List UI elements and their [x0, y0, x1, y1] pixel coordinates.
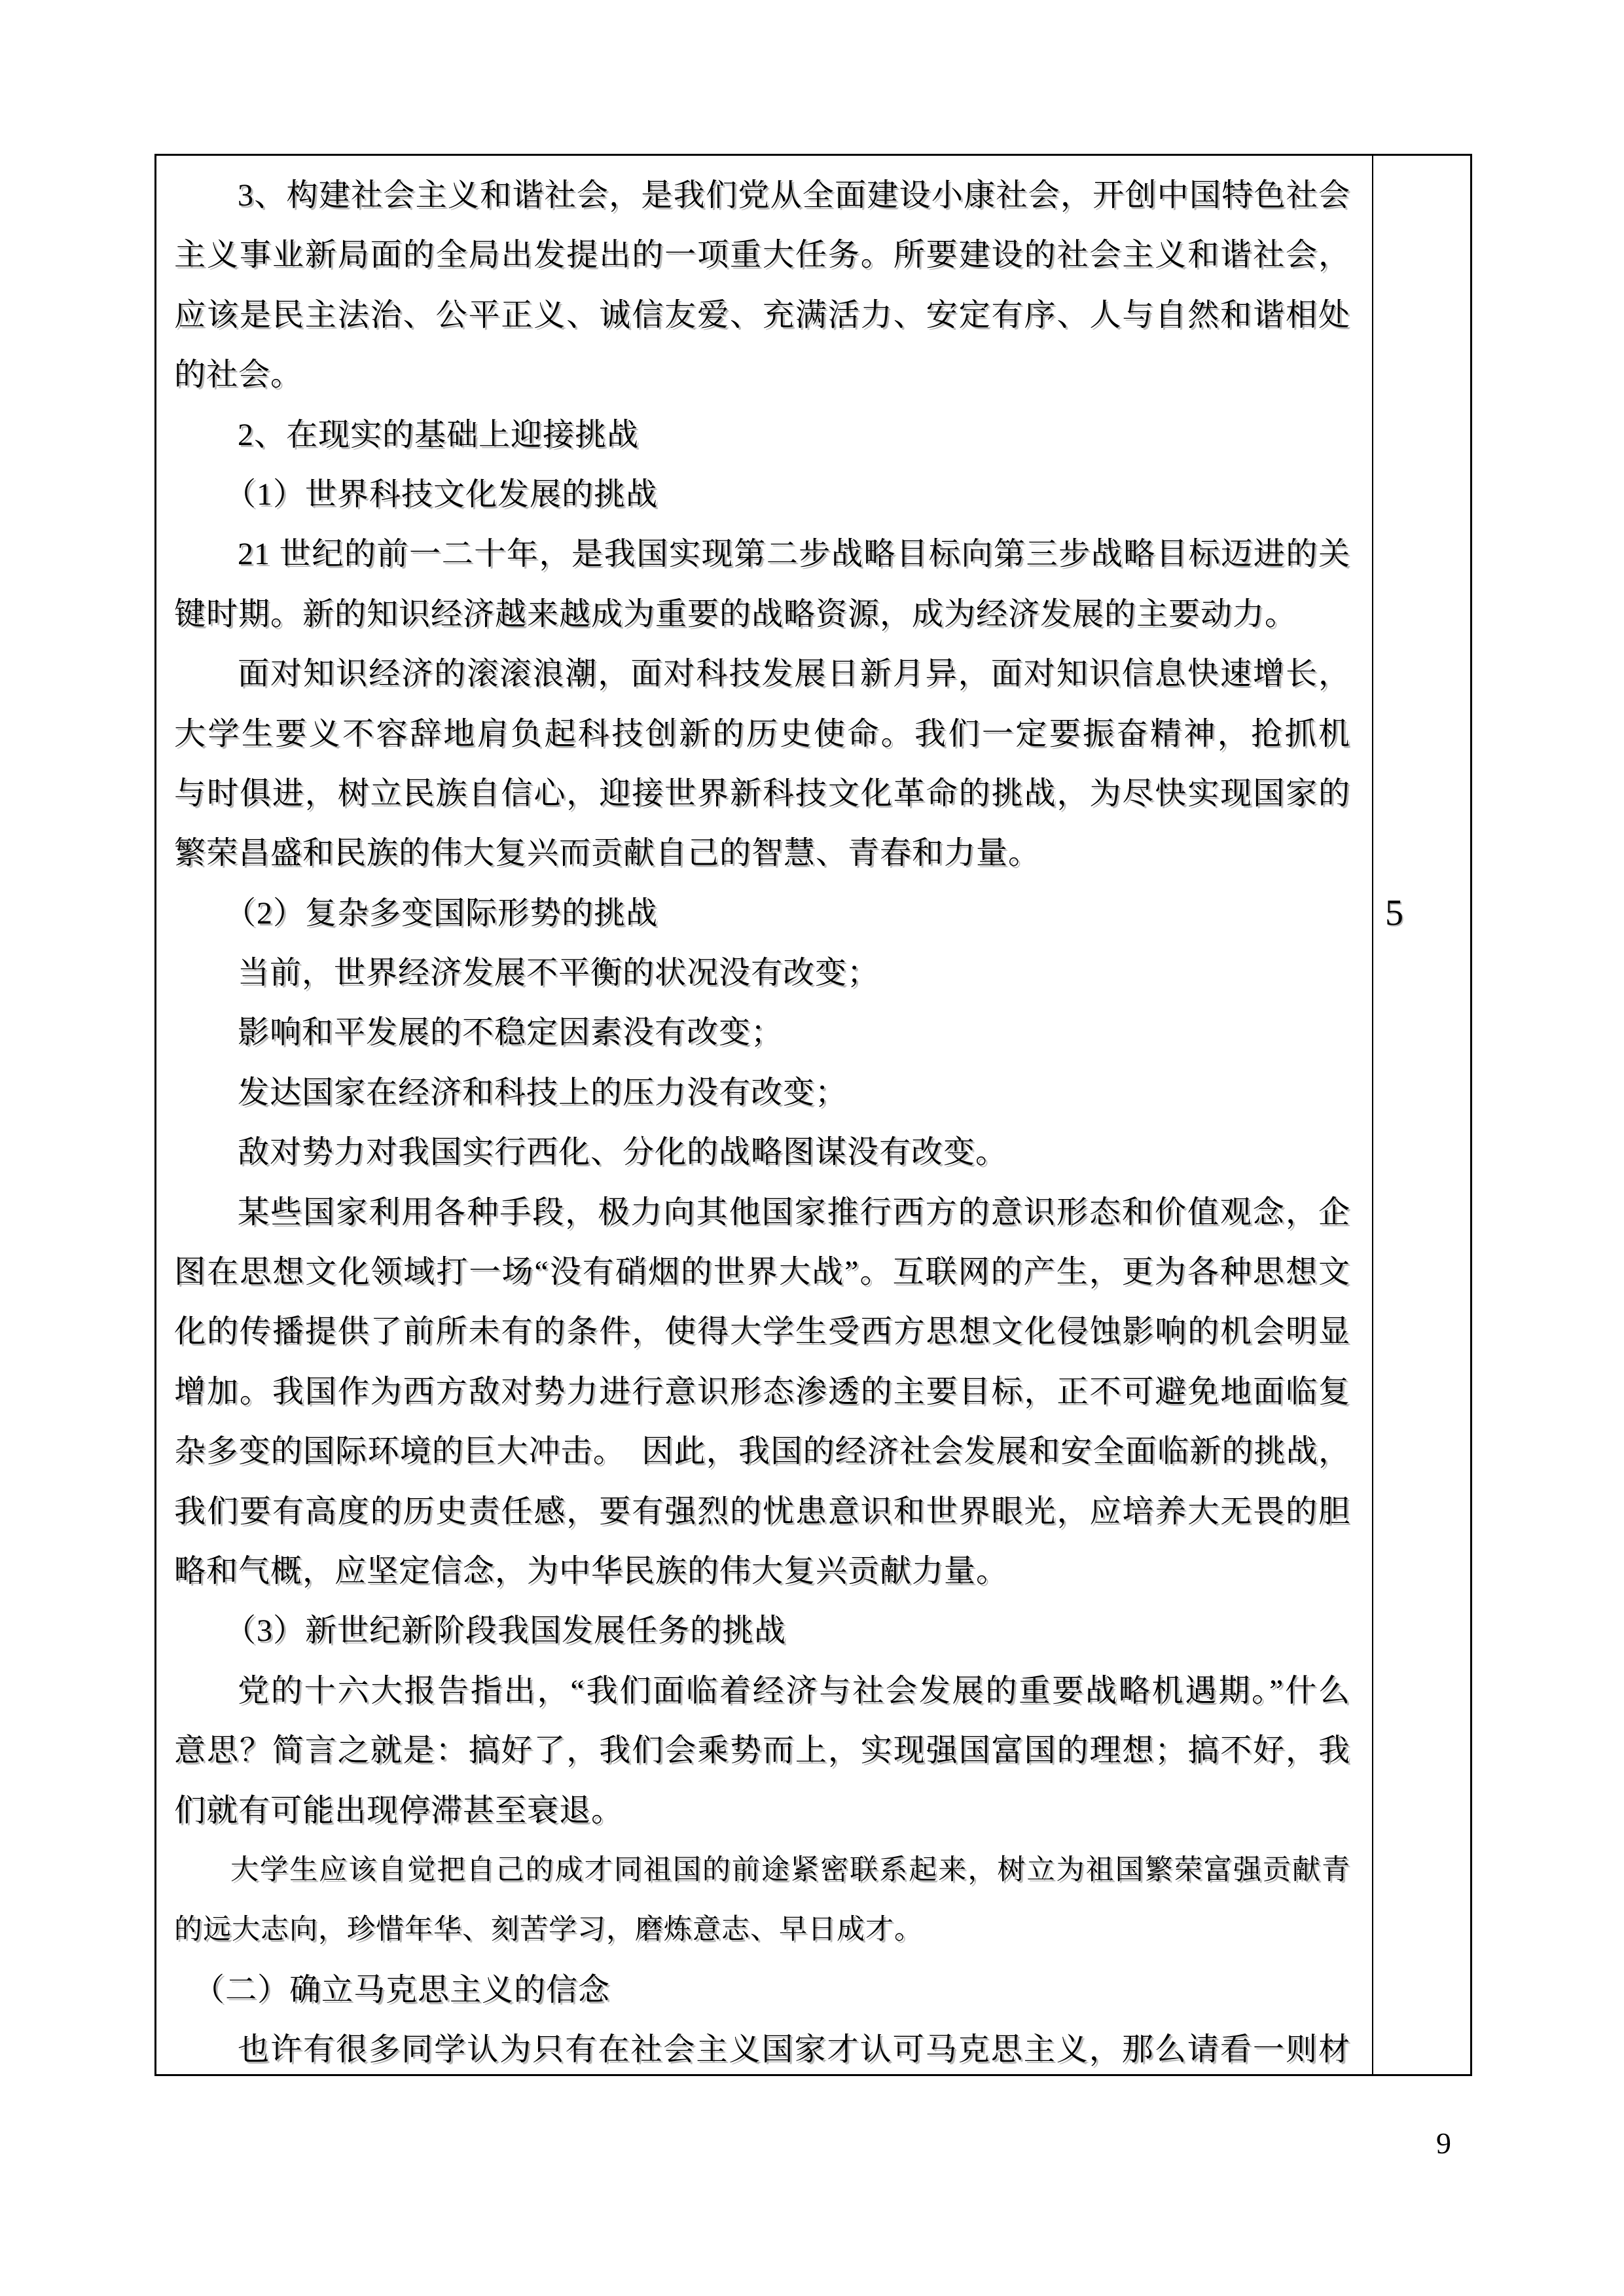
text-line: 略和气概，应坚定信念，为中华民族的伟大复兴贡献力量。 — [174, 1541, 1350, 1601]
text-line: 的远大志向，珍惜年华、刻苦学习，磨炼意志、早日成才。 — [174, 1900, 1350, 1960]
content-cell: 3、构建社会主义和谐社会，是我们党从全面建设小康社会，开创中国特色社会 主义事业… — [156, 156, 1373, 2074]
margin-note: 5 — [1385, 890, 1403, 936]
text-line: （2）复杂多变国际形势的挑战 — [174, 884, 1350, 943]
text-line: 大学生要义不容辞地肩负起科技创新的历史使命。我们一定要振奋精神，抢抓机遇， — [174, 704, 1350, 764]
text-line: 也许有很多同学认为只有在社会主义国家才认可马克思主义，那么请看一则材 — [174, 2020, 1350, 2074]
text-line: 面对知识经济的滚滚浪潮，面对科技发展日新月异，面对知识信息快速增长， — [174, 644, 1350, 704]
text-line: 大学生应该自觉把自己的成才同祖国的前途紧密联系起来，树立为祖国繁荣富强贡献青春 — [174, 1840, 1350, 1900]
text-line: 们就有可能出现停滞甚至衰退。 — [174, 1781, 1350, 1840]
text-line: 主义事业新局面的全局出发提出的一项重大任务。所要建设的社会主义和谐社会， — [174, 225, 1350, 285]
text-line: 影响和平发展的不稳定因素没有改变； — [174, 1003, 1350, 1062]
text-line: 发达国家在经济和科技上的压力没有改变； — [174, 1063, 1350, 1122]
lesson-plan-table: 3、构建社会主义和谐社会，是我们党从全面建设小康社会，开创中国特色社会 主义事业… — [154, 154, 1472, 2076]
text-line: 增加。我国作为西方敌对势力进行意识形态渗透的主要目标，正不可避免地面临复 — [174, 1362, 1350, 1422]
text-line: 图在思想文化领域打一场“没有硝烟的世界大战”。互联网的产生，更为各种思想文 — [174, 1242, 1350, 1302]
text-line: 3、构建社会主义和谐社会，是我们党从全面建设小康社会，开创中国特色社会 — [174, 166, 1350, 225]
text-line: 化的传播提供了前所未有的条件，使得大学生受西方思想文化侵蚀影响的机会明显 — [174, 1302, 1350, 1361]
text-line: 21 世纪的前一二十年，是我国实现第二步战略目标向第三步战略目标迈进的关 — [174, 524, 1350, 584]
text-line: 与时俱进，树立民族自信心，迎接世界新科技文化革命的挑战，为尽快实现国家的 — [174, 764, 1350, 823]
document-page: 3、构建社会主义和谐社会，是我们党从全面建设小康社会，开创中国特色社会 主义事业… — [0, 0, 1624, 2296]
text-line: 的社会。 — [174, 345, 1350, 404]
text-line: 繁荣昌盛和民族的伟大复兴而贡献自己的智慧、青春和力量。 — [174, 823, 1350, 883]
text-line: 我们要有高度的历史责任感，要有强烈的忧患意识和世界眼光，应培养大无畏的胆 — [174, 1482, 1350, 1541]
text-line: 意思？简言之就是：搞好了，我们会乘势而上，实现强国富国的理想；搞不好，我 — [174, 1721, 1350, 1780]
text-line: 杂多变的国际环境的巨大冲击。 因此，我国的经济社会发展和安全面临新的挑战， — [174, 1422, 1350, 1481]
text-line: 党的十六大报告指出，“我们面临着经济与社会发展的重要战略机遇期。”什么 — [174, 1661, 1350, 1721]
text-line: 当前，世界经济发展不平衡的状况没有改变； — [174, 943, 1350, 1003]
text-line: 敌对势力对我国实行西化、分化的战略图谋没有改变。 — [174, 1122, 1350, 1182]
text-line: 某些国家利用各种手段，极力向其他国家推行西方的意识形态和价值观念，企 — [174, 1183, 1350, 1242]
text-line: 2、在现实的基础上迎接挑战 — [174, 405, 1350, 465]
page-number: 9 — [1436, 2127, 1451, 2160]
text-line: 应该是民主法治、公平正义、诚信友爱、充满活力、安定有序、人与自然和谐相处 — [174, 285, 1350, 345]
text-line: （3）新世纪新阶段我国发展任务的挑战 — [174, 1601, 1350, 1660]
text-line: 键时期。新的知识经济越来越成为重要的战略资源，成为经济发展的主要动力。 — [174, 584, 1350, 644]
margin-column: 5 — [1373, 156, 1470, 2074]
text-line: （1）世界科技文化发展的挑战 — [174, 465, 1350, 524]
text-line: （二）确立马克思主义的信念 — [174, 1960, 1350, 2020]
